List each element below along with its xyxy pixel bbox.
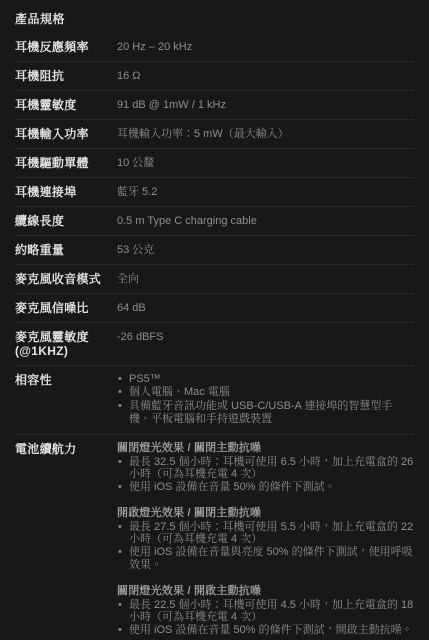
- spec-table: 耳機反應頻率 20 Hz – 20 kHz 耳機阻抗 16 Ω 耳機靈敏度 91…: [15, 33, 414, 640]
- spec-label: 耳機輸入功率: [15, 127, 117, 141]
- spec-label: 麥克風信噪比: [15, 301, 117, 315]
- spec-row-driver: 耳機驅動單體 10 公釐: [15, 149, 414, 178]
- spec-label: 耳機阻抗: [15, 69, 117, 83]
- spec-label: 麥克風靈敏度 (@1KHZ): [15, 330, 117, 358]
- spec-row-compatibility: 相容性 PS5™ 個人電腦、Mac 電腦 具備藍牙音訊功能或 USB-C/USB…: [15, 366, 414, 435]
- battery-group-lights-off-anc-on: 關閉燈光效果 / 開啟主動抗噪 最長 22.5 個小時：耳機可使用 4.5 小時…: [117, 585, 414, 637]
- compatibility-item: PS5™: [117, 373, 414, 386]
- spec-row-frequency: 耳機反應頻率 20 Hz – 20 kHz: [15, 33, 414, 62]
- spec-row-mic-sensitivity: 麥克風靈敏度 (@1KHZ) -26 dBFS: [15, 323, 414, 366]
- compatibility-value: PS5™ 個人電腦、Mac 電腦 具備藍牙音訊功能或 USB-C/USB-A 連…: [117, 373, 414, 427]
- compatibility-item: 個人電腦、Mac 電腦: [117, 386, 414, 399]
- battery-group-lights-on-anc-off: 開啟燈光效果 / 關閉主動抗噪 最長 27.5 個小時：耳機可使用 5.5 小時…: [117, 507, 414, 572]
- spec-value: 10 公釐: [117, 156, 414, 170]
- battery-item: 最長 22.5 個小時：耳機可使用 4.5 小時，加上充電盒的 18 小時（可為…: [117, 599, 414, 624]
- spec-row-impedance: 耳機阻抗 16 Ω: [15, 62, 414, 91]
- spec-row-sensitivity: 耳機靈敏度 91 dB @ 1mW / 1 kHz: [15, 91, 414, 120]
- spec-value: 耳機輸入功率：5 mW（最大輸入）: [117, 127, 414, 141]
- spec-label: 耳機反應頻率: [15, 40, 117, 54]
- battery-item: 最長 27.5 個小時：耳機可使用 5.5 小時，加上充電盒的 22 小時（可為…: [117, 521, 414, 546]
- spec-row-mic-pattern: 麥克風收音模式 全向: [15, 265, 414, 294]
- spec-value: 16 Ω: [117, 69, 414, 83]
- battery-group-heading: 開啟燈光效果 / 關閉主動抗噪: [117, 507, 414, 520]
- spec-label: 麥克風收音模式: [15, 272, 117, 286]
- spec-label: 耳機連接埠: [15, 185, 117, 199]
- spec-label: 纜線長度: [15, 214, 117, 228]
- compatibility-list: PS5™ 個人電腦、Mac 電腦 具備藍牙音訊功能或 USB-C/USB-A 連…: [117, 373, 414, 427]
- battery-item: 最長 32.5 個小時：耳機可使用 6.5 小時，加上充電盒的 26 小時（可為…: [117, 456, 414, 481]
- spec-row-connector: 耳機連接埠 藍牙 5.2: [15, 178, 414, 207]
- spec-value: 0.5 m Type C charging cable: [117, 214, 414, 228]
- spec-value: -26 dBFS: [117, 330, 414, 344]
- spec-row-input-power: 耳機輸入功率 耳機輸入功率：5 mW（最大輸入）: [15, 120, 414, 149]
- spec-row-cable-length: 纜線長度 0.5 m Type C charging cable: [15, 207, 414, 236]
- spec-value: 藍牙 5.2: [117, 185, 414, 199]
- spec-label: 耳機驅動單體: [15, 156, 117, 170]
- spec-value: 91 dB @ 1mW / 1 kHz: [117, 98, 414, 112]
- spec-label: 電池續航力: [15, 442, 117, 456]
- product-specs-page: 產品規格 耳機反應頻率 20 Hz – 20 kHz 耳機阻抗 16 Ω 耳機靈…: [0, 0, 429, 640]
- spec-row-battery: 電池續航力 關閉燈光效果 / 關閉主動抗噪 最長 32.5 個小時：耳機可使用 …: [15, 435, 414, 640]
- battery-list: 最長 32.5 個小時：耳機可使用 6.5 小時，加上充電盒的 26 小時（可為…: [117, 456, 414, 494]
- spec-label: 耳機靈敏度: [15, 98, 117, 112]
- battery-item: 使用 iOS 設備在音量與亮度 50% 的條件下測試，使用呼吸效果。: [117, 546, 414, 571]
- battery-item: 使用 iOS 設備在音量 50% 的條件下測試。: [117, 481, 414, 494]
- spec-label: 相容性: [15, 373, 117, 387]
- spec-label: 約略重量: [15, 243, 117, 257]
- battery-group-lights-off-anc-off: 關閉燈光效果 / 關閉主動抗噪 最長 32.5 個小時：耳機可使用 6.5 小時…: [117, 442, 414, 494]
- battery-list: 最長 22.5 個小時：耳機可使用 4.5 小時，加上充電盒的 18 小時（可為…: [117, 599, 414, 637]
- battery-value: 關閉燈光效果 / 關閉主動抗噪 最長 32.5 個小時：耳機可使用 6.5 小時…: [117, 442, 414, 637]
- spec-value: 53 公克: [117, 243, 414, 257]
- spec-value: 64 dB: [117, 301, 414, 315]
- battery-item: 使用 iOS 設備在音量 50% 的條件下測試，開啟主動抗噪。: [117, 624, 414, 637]
- spec-row-weight: 約略重量 53 公克: [15, 236, 414, 265]
- page-title: 產品規格: [15, 0, 414, 33]
- spec-row-mic-snr: 麥克風信噪比 64 dB: [15, 294, 414, 323]
- spec-value: 全向: [117, 272, 414, 286]
- spec-value: 20 Hz – 20 kHz: [117, 40, 414, 54]
- battery-group-heading: 關閉燈光效果 / 開啟主動抗噪: [117, 585, 414, 598]
- battery-group-heading: 關閉燈光效果 / 關閉主動抗噪: [117, 442, 414, 455]
- battery-list: 最長 27.5 個小時：耳機可使用 5.5 小時，加上充電盒的 22 小時（可為…: [117, 521, 414, 572]
- compatibility-item: 具備藍牙音訊功能或 USB-C/USB-A 連接埠的智慧型手機、平板電腦和手持遊…: [117, 400, 414, 427]
